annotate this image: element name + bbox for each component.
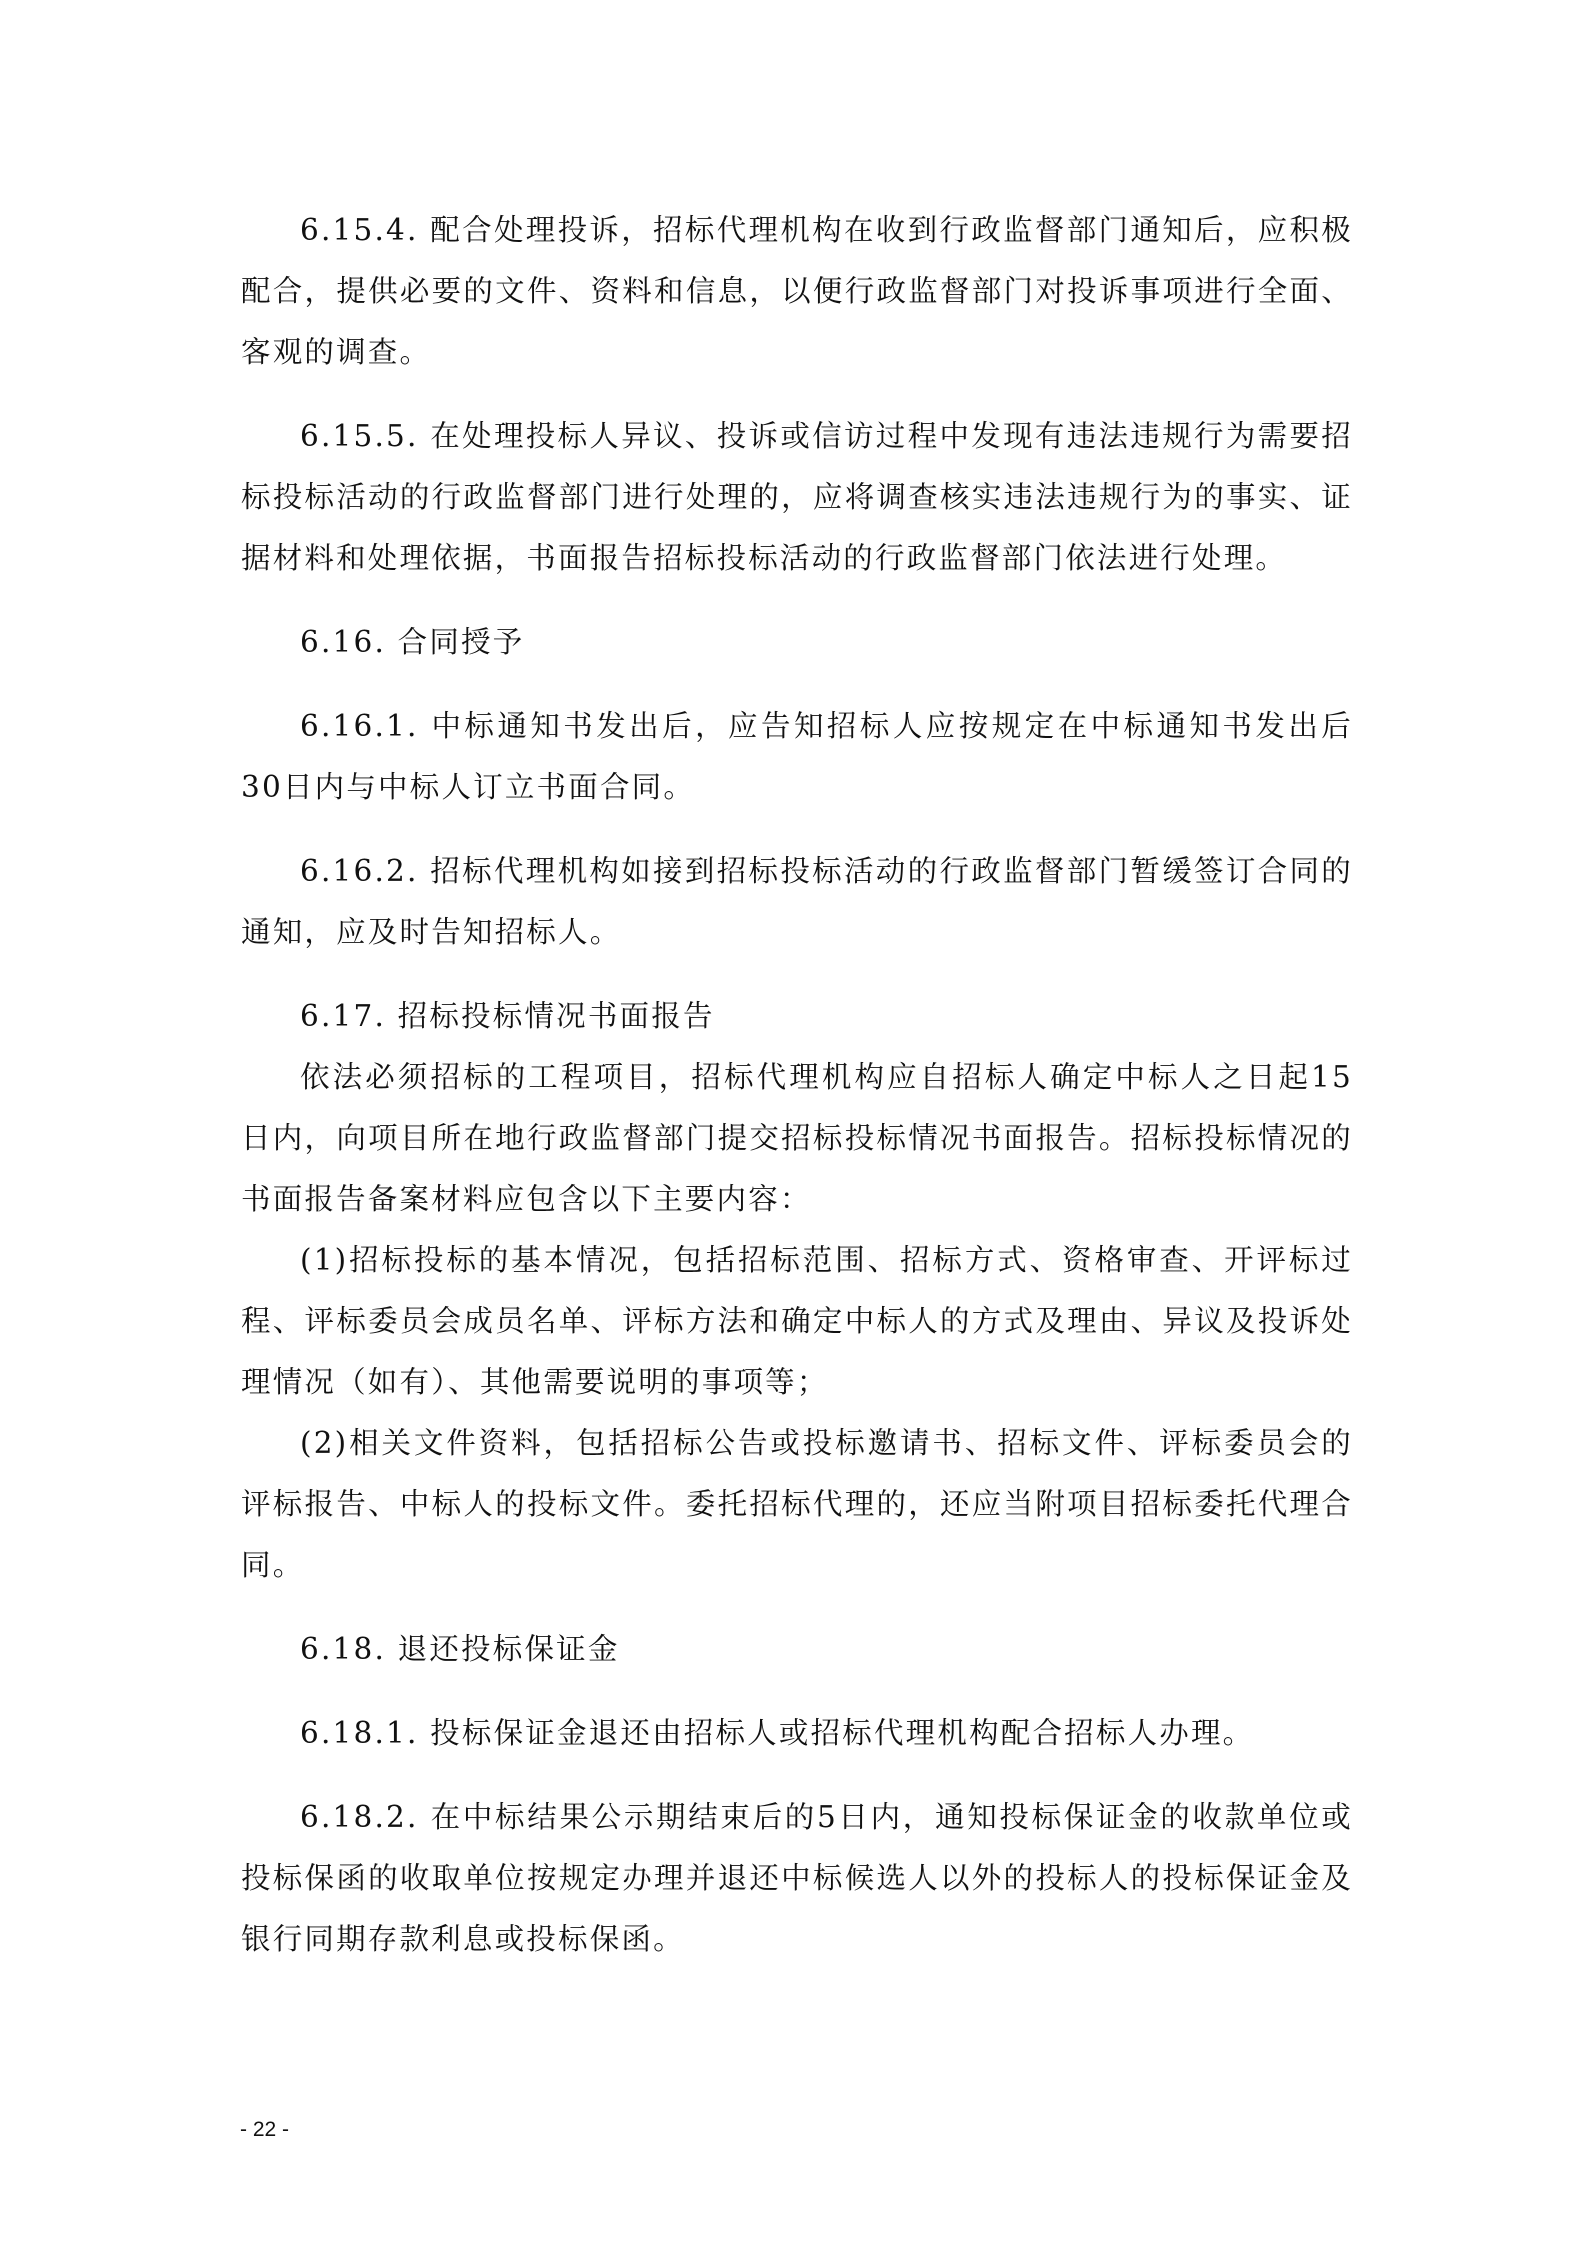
clause-6-16-1: 6.16.1. 中标通知书发出后，应告知招标人应按规定在中标通知书发出后30日内… bbox=[241, 696, 1353, 818]
document-page: 6.15.4. 配合处理投诉，招标代理机构在收到行政监督部门通知后，应积极配合，… bbox=[0, 0, 1587, 2245]
page-number: - 22 - bbox=[240, 2118, 289, 2142]
page-content: 6.15.4. 配合处理投诉，招标代理机构在收到行政监督部门通知后，应积极配合，… bbox=[241, 200, 1353, 1993]
heading-6-17: 6.17. 招标投标情况书面报告 bbox=[241, 986, 1353, 1047]
clause-6-18-1: 6.18.1. 投标保证金退还由招标人或招标代理机构配合招标人办理。 bbox=[241, 1703, 1353, 1764]
clause-6-18-2: 6.18.2. 在中标结果公示期结束后的5日内，通知投标保证金的收款单位或投标保… bbox=[241, 1787, 1353, 1970]
clause-6-15-5: 6.15.5. 在处理投标人异议、投诉或信访过程中发现有违法违规行为需要招标投标… bbox=[241, 406, 1353, 589]
report-intro-paragraph: 依法必须招标的工程项目，招标代理机构应自招标人确定中标人之日起15日内，向项目所… bbox=[241, 1047, 1353, 1230]
report-item-2: (2)相关文件资料，包括招标公告或投标邀请书、招标文件、评标委员会的评标报告、中… bbox=[241, 1413, 1353, 1596]
heading-6-18: 6.18. 退还投标保证金 bbox=[241, 1619, 1353, 1680]
report-item-1: (1)招标投标的基本情况，包括招标范围、招标方式、资格审查、开评标过程、评标委员… bbox=[241, 1230, 1353, 1413]
clause-6-15-4: 6.15.4. 配合处理投诉，招标代理机构在收到行政监督部门通知后，应积极配合，… bbox=[241, 200, 1353, 383]
heading-6-16: 6.16. 合同授予 bbox=[241, 612, 1353, 673]
clause-6-16-2: 6.16.2. 招标代理机构如接到招标投标活动的行政监督部门暂缓签订合同的通知，… bbox=[241, 841, 1353, 963]
